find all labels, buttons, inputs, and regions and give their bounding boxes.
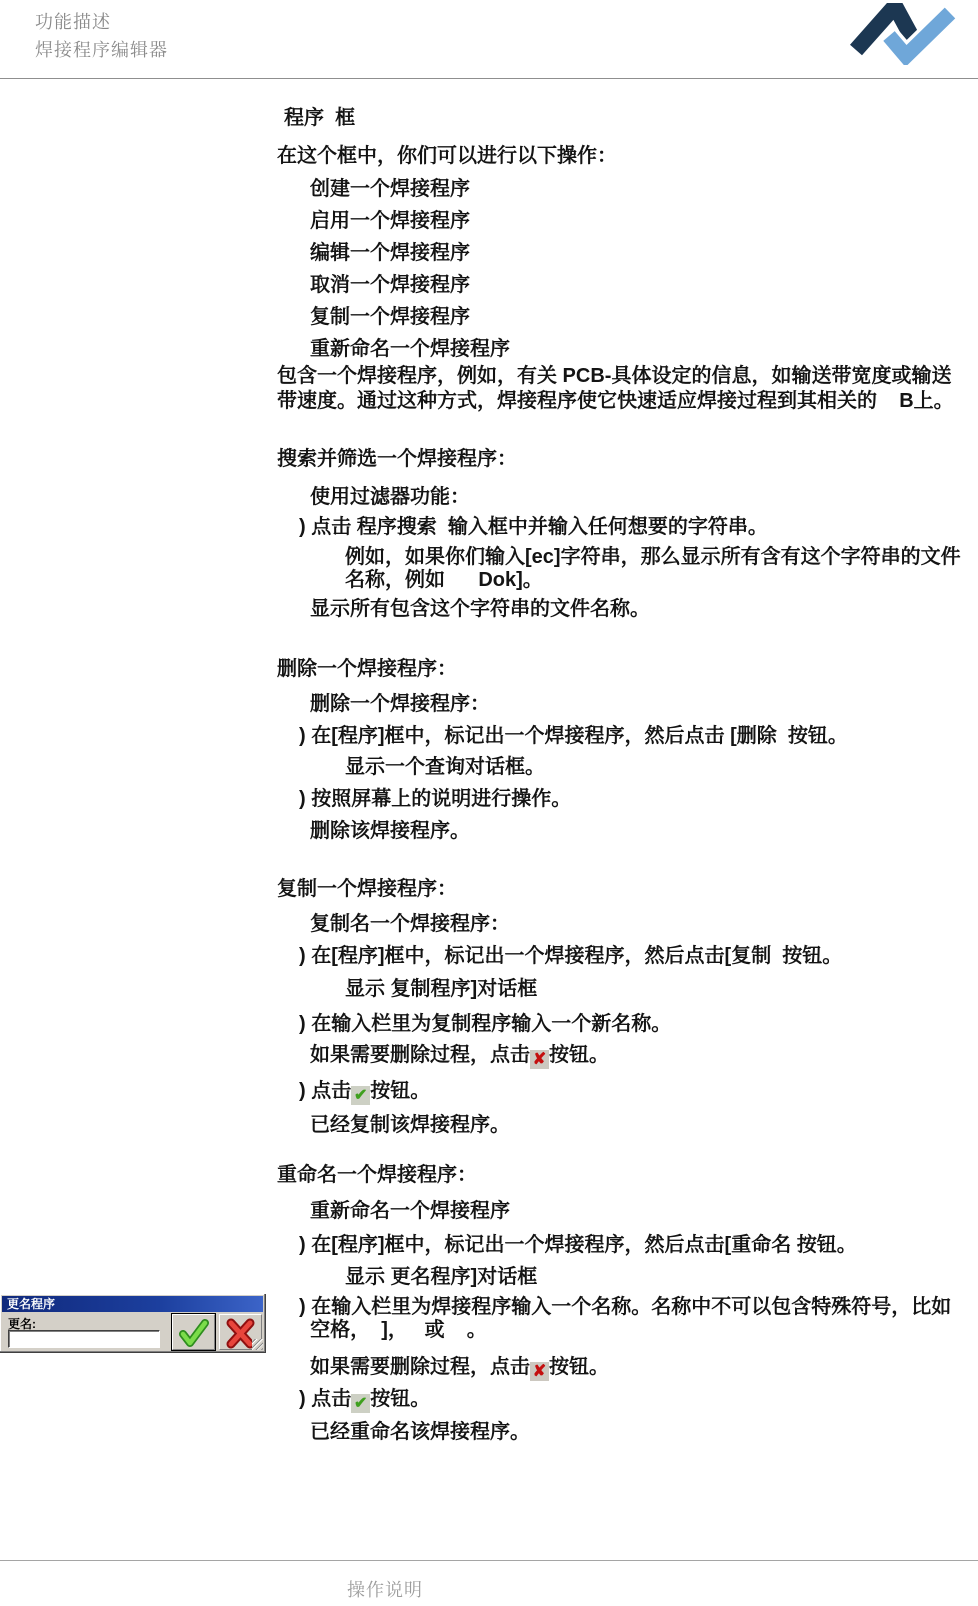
confirm-check-icon: ✔ <box>351 1086 370 1105</box>
cancel-x-icon: ✘ <box>530 1362 549 1381</box>
list-item: 重新命名一个焊接程序 <box>310 337 510 362</box>
heading-search: 搜索并筛选一个焊接程序： <box>277 447 517 472</box>
copy-done: 已经复制该焊接程序。 <box>310 1113 510 1138</box>
rename-cancel-line: 如果需要删除过程，点击✘按钮。 <box>310 1355 609 1381</box>
cancel-x-icon: ✘ <box>530 1050 549 1069</box>
rename-step-1: ) 在[程序]框中，标记出一个焊接程序，然后点击[重命名 按钮。 <box>299 1233 857 1258</box>
copy-step-2: ) 在输入栏里为复制程序输入一个新名称。 <box>299 1012 671 1037</box>
header-doc-title: 焊接程序编辑器 <box>35 36 168 64</box>
rename-ok-pre: ) 点击 <box>299 1388 351 1410</box>
heading-delete: 删除一个焊接程序： <box>277 657 457 682</box>
rename-result-1: 显示 更名程序]对话框 <box>345 1265 537 1290</box>
header-divider <box>0 78 978 79</box>
list-item: 编辑一个焊接程序 <box>310 241 470 266</box>
rename-cancel-post: 按钮。 <box>549 1356 609 1378</box>
manual-page: 功能描述 焊接程序编辑器 程序 框 在这个框中，你们可以进行以下操作： 创建一个… <box>0 0 978 1606</box>
heading-copy: 复制一个焊接程序： <box>277 877 457 902</box>
search-sub: 使用过滤器功能： <box>310 485 470 510</box>
copy-cancel-post: 按钮。 <box>549 1044 609 1066</box>
header-doc-type: 功能描述 <box>35 8 111 36</box>
resize-grip[interactable] <box>252 1339 263 1350</box>
heading-rename: 重命名一个焊接程序： <box>277 1163 477 1188</box>
rename-done: 已经重命名该焊接程序。 <box>310 1420 530 1445</box>
delete-step-2: ) 按照屏幕上的说明进行操作。 <box>299 787 571 812</box>
rename-sub: 重新命名一个焊接程序 <box>310 1199 510 1224</box>
dialog-title: 更名程序 <box>7 1297 55 1311</box>
rename-ok-line: ) 点击✔按钮。 <box>299 1387 430 1413</box>
rename-ok-post: 按钮。 <box>370 1388 430 1410</box>
list-item: 复制一个焊接程序 <box>310 305 470 330</box>
rename-cancel-pre: 如果需要删除过程，点击 <box>310 1356 530 1378</box>
brand-logo-icon <box>840 3 958 65</box>
delete-result-2: 删除该焊接程序。 <box>310 819 470 844</box>
delete-result-1: 显示一个查询对话框。 <box>345 755 545 780</box>
list-item: 创建一个焊接程序 <box>310 177 470 202</box>
confirm-check-icon <box>175 1318 212 1349</box>
confirm-button[interactable] <box>172 1314 215 1350</box>
copy-ok-line: ) 点击✔按钮。 <box>299 1079 430 1105</box>
rename-program-dialog: 更名程序 更名: <box>0 1294 266 1353</box>
list-item: 启用一个焊接程序 <box>310 209 470 234</box>
dialog-titlebar: 更名程序 <box>2 1296 263 1312</box>
footer-divider <box>0 1560 978 1561</box>
copy-ok-pre: ) 点击 <box>299 1080 351 1102</box>
program-box-intro: 在这个框中，你们可以进行以下操作： <box>277 144 617 169</box>
copy-ok-post: 按钮。 <box>370 1080 430 1102</box>
brand-logo <box>840 3 958 65</box>
rename-input[interactable] <box>8 1330 160 1348</box>
copy-cancel-line: 如果需要删除过程，点击✘按钮。 <box>310 1043 609 1069</box>
search-result: 显示所有包含这个字符串的文件名称。 <box>310 597 650 622</box>
copy-cancel-pre: 如果需要删除过程，点击 <box>310 1044 530 1066</box>
rename-step-2: ) 在输入栏里为焊接程序输入一个名称。名称中不可以包含特殊符号，比如 空格， ]… <box>299 1296 959 1342</box>
copy-result-1: 显示 复制程序]对话框 <box>345 977 537 1002</box>
delete-step-1: ) 在[程序]框中，标记出一个焊接程序，然后点击 [删除 按钮。 <box>299 724 848 749</box>
search-step-1: ) 点击 程序搜索 输入框中并输入任何想要的字符串。 <box>299 515 768 540</box>
search-example: 例如，如果你们输入[ec]字符串，那么显示所有含有这个字符串的文件 名称，例如 … <box>345 546 970 592</box>
confirm-check-icon: ✔ <box>351 1394 370 1413</box>
program-box-note: 包含一个焊接程序，例如，有关 PCB-具体设定的信息，如输送带宽度或输送 带速度… <box>277 364 957 414</box>
delete-sub: 删除一个焊接程序： <box>310 692 490 717</box>
list-item: 取消一个焊接程序 <box>310 273 470 298</box>
footer-label: 操作说明 <box>347 1576 423 1602</box>
section-title-program-box: 程序 框 <box>284 106 355 131</box>
copy-step-1: ) 在[程序]框中，标记出一个焊接程序，然后点击[复制 按钮。 <box>299 944 842 969</box>
copy-sub: 复制名一个焊接程序： <box>310 912 510 937</box>
